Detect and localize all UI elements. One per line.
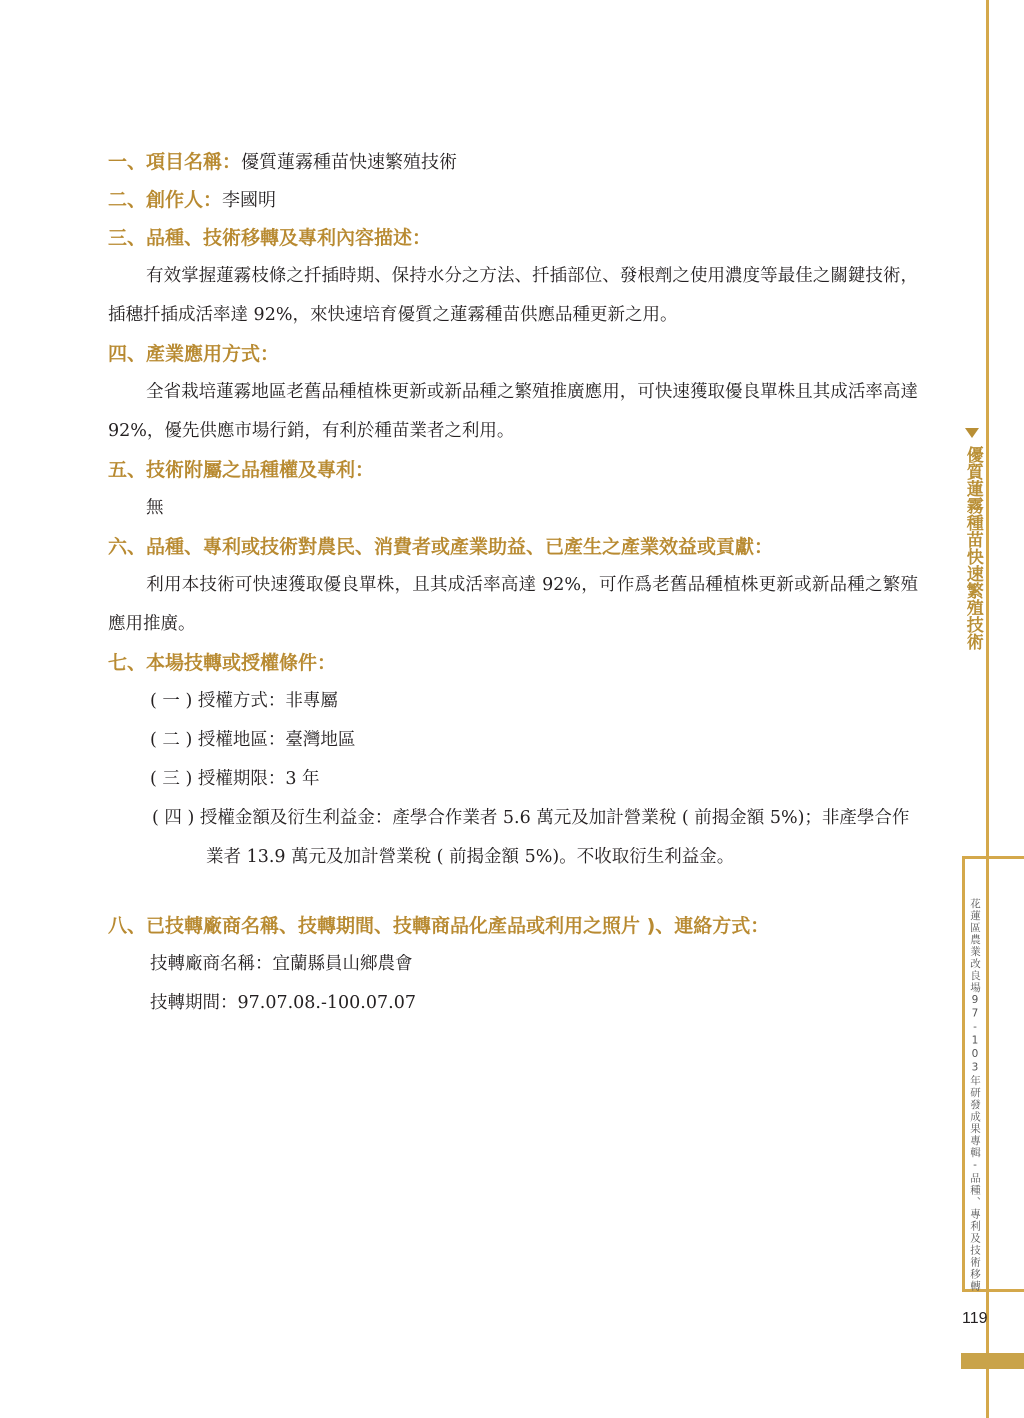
- creator-name: 李國明: [222, 190, 276, 211]
- license-term: ( 四 ) 授權金額及衍生利益金：產學合作業者 5.6 萬元及加計營業稅 ( 前…: [108, 799, 918, 877]
- section-paragraph: 全省栽培蓮霧地區老舊品種植株更新或新品種之繁殖推廣應用，可快速獲取優良單株且其成…: [108, 373, 918, 451]
- section-paragraph: 無: [108, 489, 918, 528]
- paragraph-text: 全省栽培蓮霧地區老舊品種植株更新或新品種之繁殖推廣應用，可快速獲取優良單株且其成…: [108, 382, 918, 441]
- heading-label: 一、項目名稱：: [108, 151, 241, 173]
- section-heading: 五、技術附屬之品種權及專利：: [108, 451, 918, 489]
- paragraph-text: 無: [146, 498, 164, 518]
- section-heading: 四、產業應用方式：: [108, 335, 918, 373]
- decorative-bar: [961, 1353, 1024, 1369]
- license-term: ( 二 ) 授權地區：臺灣地區: [108, 721, 918, 760]
- project-name: 優質蓮霧種苗快速繁殖技術: [241, 152, 457, 173]
- license-term: ( 三 ) 授權期限：3 年: [108, 760, 918, 799]
- section-heading: 三、品種、技術移轉及專利內容描述：: [108, 219, 918, 257]
- license-term: ( 一 ) 授權方式：非專屬: [108, 682, 918, 721]
- page-number: 119: [962, 1310, 988, 1328]
- section-paragraph: 有效掌握蓮霧枝條之扦插時期、保持水分之方法、扦插部位、發根劑之使用濃度等最佳之關…: [108, 257, 918, 335]
- chapter-side-title: 優質蓮霧種苗快速繁殖技術: [962, 428, 982, 656]
- license-period: 技轉期間：97.07.08.-100.07.07: [108, 984, 918, 1023]
- section-heading: 八、已技轉廠商名稱、技轉期間、技轉商品化產品或利用之照片 )、連絡方式：: [108, 907, 918, 945]
- licensee-name: 技轉廠商名稱：宜蘭縣員山鄉農會: [108, 945, 918, 984]
- section-heading: 七、本場技轉或授權條件：: [108, 644, 918, 682]
- heading-label: 二、創作人：: [108, 189, 222, 211]
- paragraph-text: 利用本技術可快速獲取優良單株，且其成活率高達 92%，可作爲老舊品種植株更新或新…: [108, 575, 918, 634]
- section-heading: 一、項目名稱：優質蓮霧種苗快速繁殖技術: [108, 143, 918, 181]
- document-body: 一、項目名稱：優質蓮霧種苗快速繁殖技術 二、創作人：李國明 三、品種、技術移轉及…: [108, 143, 918, 1023]
- triangle-down-icon: [965, 428, 979, 438]
- section-heading: 六、品種、專利或技術對農民、消費者或產業助益、已產生之產業效益或貢獻：: [108, 528, 918, 566]
- section-paragraph: 利用本技術可快速獲取優良單株，且其成活率高達 92%，可作爲老舊品種植株更新或新…: [108, 566, 918, 644]
- book-title: 花蓮區農業改良場97-103年研發成果專輯-品種、專利及技術移轉: [966, 898, 984, 1293]
- chapter-title-text: 優質蓮霧種苗快速繁殖技術: [962, 446, 982, 650]
- section-heading: 二、創作人：李國明: [108, 181, 918, 219]
- paragraph-text: 有效掌握蓮霧枝條之扦插時期、保持水分之方法、扦插部位、發根劑之使用濃度等最佳之關…: [108, 266, 918, 325]
